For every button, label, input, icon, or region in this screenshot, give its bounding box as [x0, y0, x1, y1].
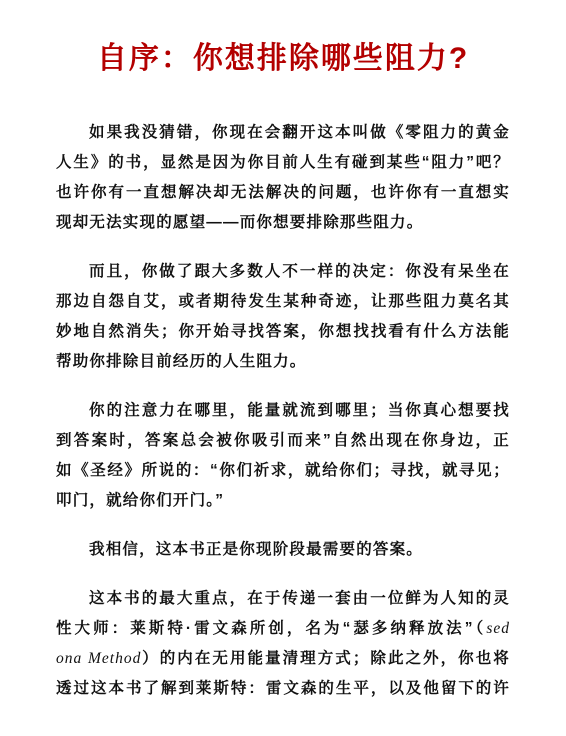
paragraph: 而且，你做了跟大多数人不一样的决定：你没有呆坐在那边自怨自艾，或者期待发生某种奇…	[56, 257, 510, 377]
text-line: 如果我没猜错，你现在会翻开这本叫做《零阻力的黄金	[56, 118, 510, 148]
chinese-text: 你的注意力在哪里，能量就流到哪里；当你真心想要找	[89, 402, 510, 419]
paragraph: 这本书的最大重点，在于传递一套由一位鲜为人知的灵性大师：莱斯特·雷文森所创，名为…	[56, 584, 510, 704]
text-line: 而且，你做了跟大多数人不一样的决定：你没有呆坐在	[56, 257, 510, 287]
chinese-text: 那边自怨自艾，或者期待发生某种奇迹，让那些阻力莫名其	[56, 293, 510, 310]
text-line: 叩门，就给你们开门。”	[56, 486, 510, 516]
text-line: 这本书的最大重点，在于传递一套由一位鲜为人知的灵	[56, 584, 510, 614]
text-line: 妙地自然消失；你开始寻找答案，你想找找看有什么方法能	[56, 317, 510, 347]
chinese-text: 帮助你排除目前经历的人生阻力。	[56, 353, 307, 370]
paragraph: 你的注意力在哪里，能量就流到哪里；当你真心想要找到答案时，答案总会被你吸引而来”…	[56, 396, 510, 516]
text-line: 人生》的书，显然是因为你目前人生有碰到某些“阻力”吧？	[56, 148, 510, 178]
text-line: 现却无法实现的愿望——而你想要排除那些阻力。	[56, 208, 510, 238]
paragraph: 如果我没猜错，你现在会翻开这本叫做《零阻力的黄金人生》的书，显然是因为你目前人生…	[56, 118, 510, 238]
text-line: ona Method）的内在无用能量清理方式；除此之外，你也将	[56, 644, 510, 674]
document-body: 如果我没猜错，你现在会翻开这本叫做《零阻力的黄金人生》的书，显然是因为你目前人生…	[56, 118, 510, 704]
chinese-text: 如果我没猜错，你现在会翻开这本叫做《零阻力的黄金	[89, 124, 510, 141]
english-italic-text: sed	[486, 620, 510, 637]
chinese-text: 叩门，就给你们开门。”	[56, 492, 224, 509]
text-line: 也许你有一直想解决却无法解决的问题，也许你有一直想实	[56, 178, 510, 208]
text-line: 到答案时，答案总会被你吸引而来”自然出现在你身边，正	[56, 426, 510, 456]
chinese-text: 性大师：莱斯特·雷文森所创，名为“瑟多纳释放法”（	[56, 620, 486, 637]
chinese-text: 如《圣经》所说的：“你们祈求，就给你们；寻找，就寻见；	[56, 462, 510, 479]
text-line: 那边自怨自艾，或者期待发生某种奇迹，让那些阻力莫名其	[56, 287, 510, 317]
text-line: 透过这本书了解到莱斯特：雷文森的生平，以及他留下的许	[56, 674, 510, 704]
page-title: 自序：你想排除哪些阻力?	[0, 41, 566, 77]
text-line: 你的注意力在哪里，能量就流到哪里；当你真心想要找	[56, 396, 510, 426]
chinese-text: 这本书的最大重点，在于传递一套由一位鲜为人知的灵	[89, 590, 510, 607]
chinese-text: ）的内在无用能量清理方式；除此之外，你也将	[141, 650, 510, 667]
paragraph: 我相信，这本书正是你现阶段最需要的答案。	[56, 535, 510, 565]
book-page: 自序：你想排除哪些阻力? 如果我没猜错，你现在会翻开这本叫做《零阻力的黄金人生》…	[0, 0, 566, 736]
english-italic-text: ona Method	[56, 650, 141, 667]
text-line: 性大师：莱斯特·雷文森所创，名为“瑟多纳释放法”（sed	[56, 614, 510, 644]
chinese-text: 现却无法实现的愿望——而你想要排除那些阻力。	[56, 214, 423, 231]
chinese-text: 我相信，这本书正是你现阶段最需要的答案。	[89, 541, 423, 558]
text-line: 如《圣经》所说的：“你们祈求，就给你们；寻找，就寻见；	[56, 456, 510, 486]
text-line: 我相信，这本书正是你现阶段最需要的答案。	[56, 535, 510, 565]
chinese-text: 人生》的书，显然是因为你目前人生有碰到某些“阻力”吧？	[56, 154, 510, 171]
chinese-text: 到答案时，答案总会被你吸引而来”自然出现在你身边，正	[56, 432, 510, 449]
chinese-text: 而且，你做了跟大多数人不一样的决定：你没有呆坐在	[89, 263, 510, 280]
text-line: 帮助你排除目前经历的人生阻力。	[56, 347, 510, 377]
chinese-text: 妙地自然消失；你开始寻找答案，你想找找看有什么方法能	[56, 323, 510, 340]
chinese-text: 也许你有一直想解决却无法解决的问题，也许你有一直想实	[56, 184, 510, 201]
chinese-text: 透过这本书了解到莱斯特：雷文森的生平，以及他留下的许	[56, 680, 510, 697]
